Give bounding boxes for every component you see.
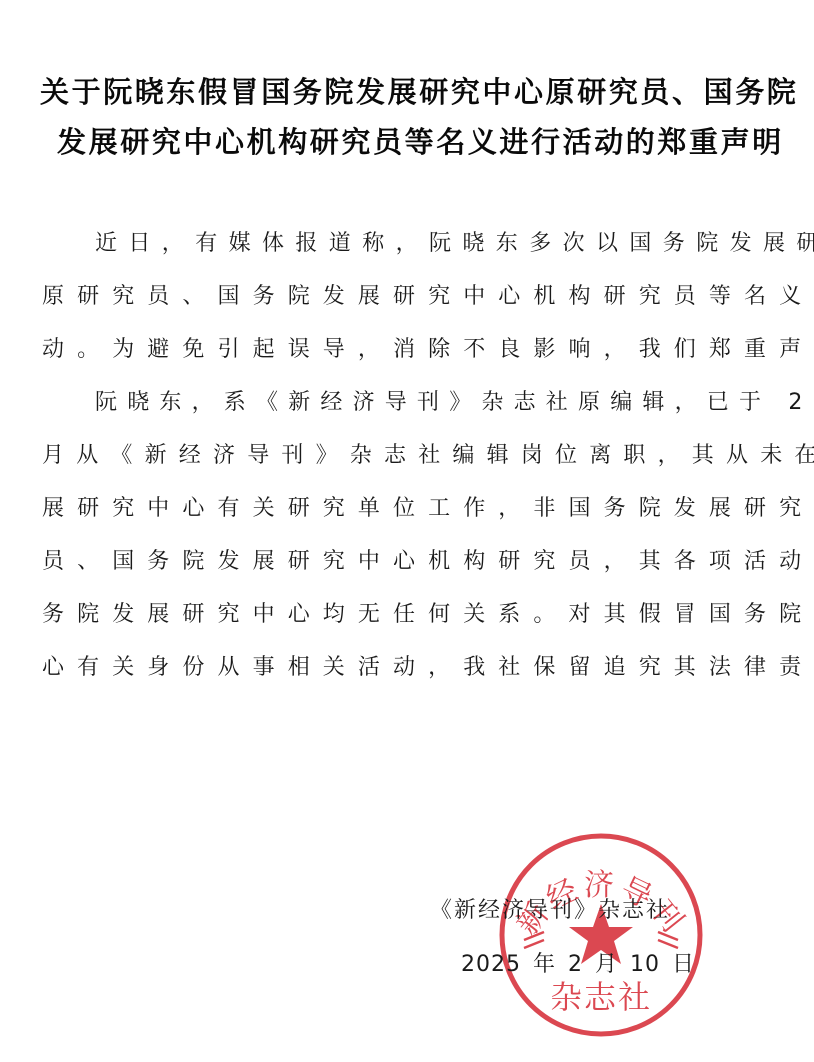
document-title-line-1: 关于阮晓东假冒国务院发展研究中心原研究员、国务院 — [40, 70, 798, 111]
stamp-bottom-text: 杂志社 — [550, 978, 652, 1016]
paragraph-line: 员、国务院发展研究中心机构研究员，其各项活动与我社及国 — [42, 549, 814, 575]
paragraph-line: 心有关身份从事相关活动，我社保留追究其法律责任的权利。 — [42, 655, 814, 681]
paragraph-line: 展研究中心有关研究单位工作，非国务院发展研究中心原研究 — [42, 496, 814, 522]
official-seal-stamp: 新经济导刊 杂志社 — [496, 832, 706, 1038]
paragraph-line: 近日，有媒体报道称，阮晓东多次以国务院发展研究中心 — [95, 231, 814, 257]
paragraph-line: 务院发展研究中心均无任何关系。对其假冒国务院发展研究中 — [42, 602, 814, 628]
paragraph-line: 动。为避免引起误导，消除不良影响，我们郑重声明： — [42, 337, 814, 363]
document-title-line-2: 发展研究中心机构研究员等名义进行活动的郑重声明 — [57, 120, 784, 161]
paragraph-line: 阮晓东，系《新经济导刊》杂志社原编辑，已于 2018 年 4 — [95, 390, 814, 416]
paragraph-line: 月从《新经济导刊》杂志社编辑岗位离职，其从未在国务院发 — [42, 443, 814, 469]
paragraph-line: 原研究员、国务院发展研究中心机构研究员等名义进行有关活 — [42, 284, 814, 310]
signature-date: 2025 年 2 月 10 日 — [461, 947, 695, 978]
signature-organization: 《新经济导刊》杂志社 — [430, 893, 670, 924]
